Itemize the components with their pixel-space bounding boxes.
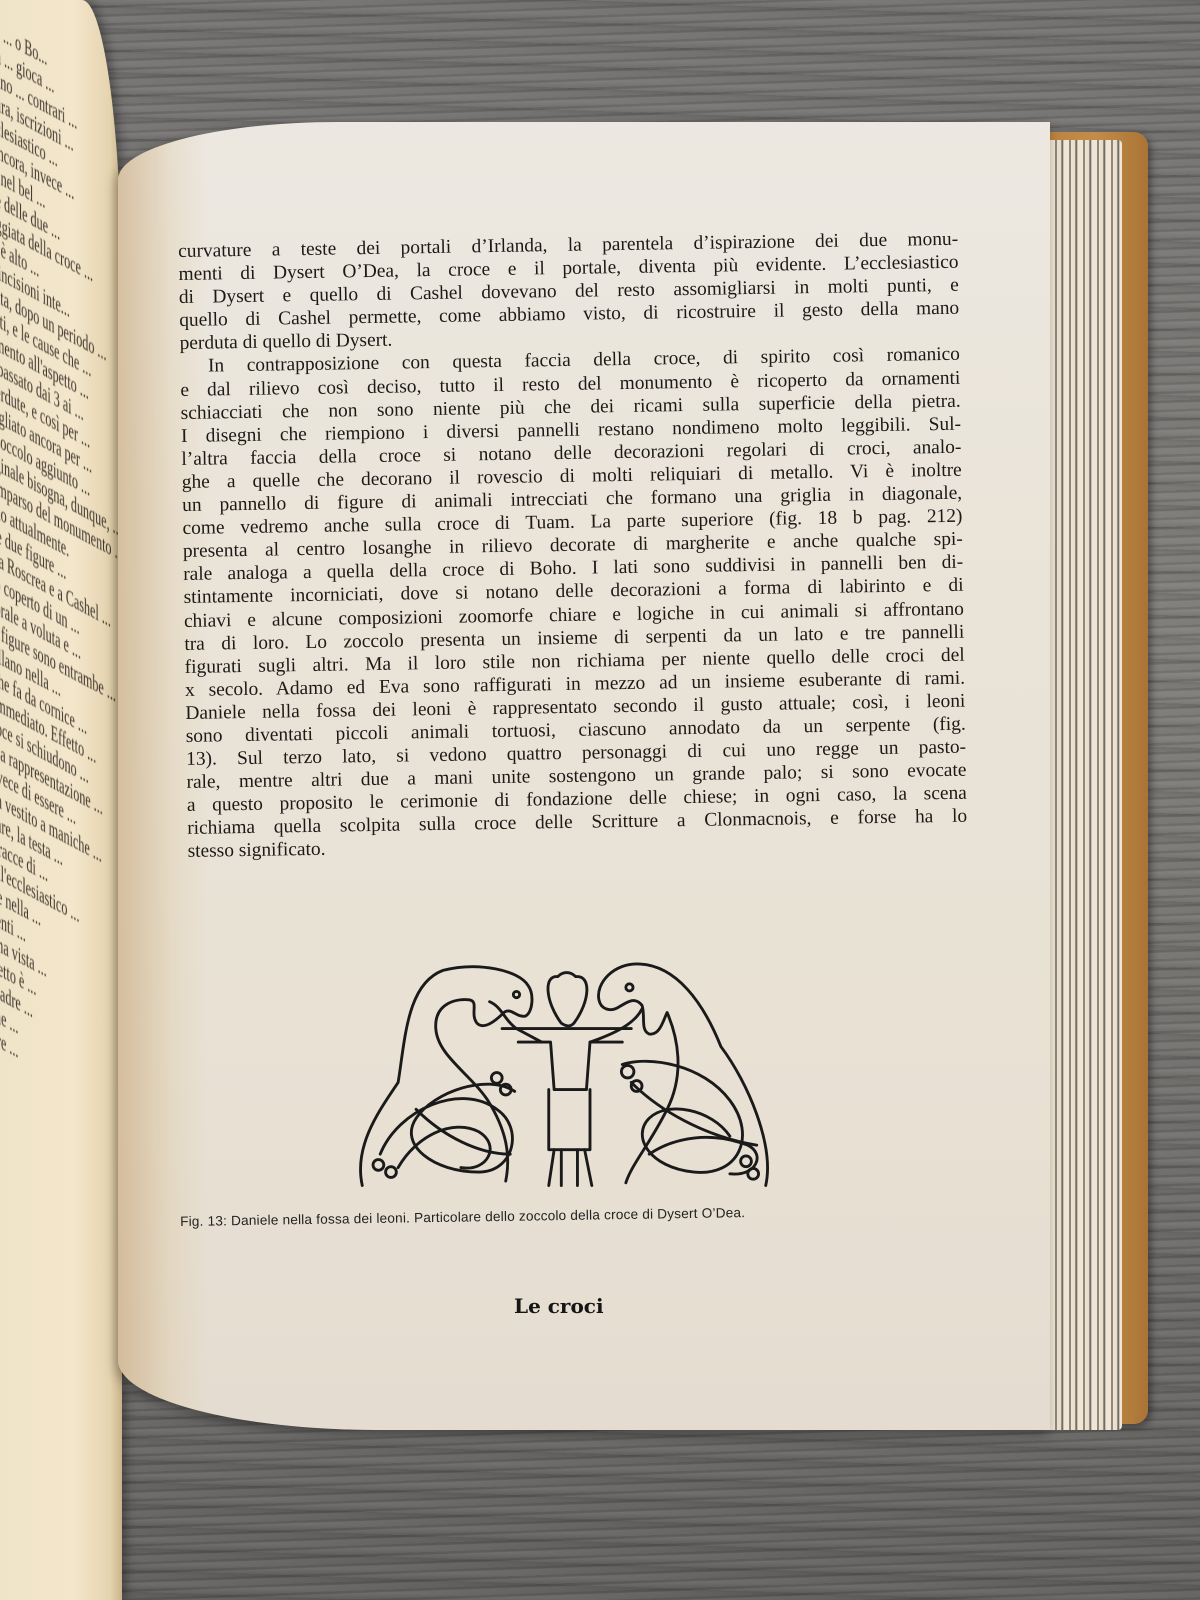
running-footer: Le croci	[514, 1294, 604, 1318]
paragraph: In contrapposizione con questa faccia de…	[180, 343, 968, 863]
right-page: curvature a teste dei portali d’Irlanda,…	[118, 122, 1050, 1430]
left-page-text: ... fosse, ... o Bo...... cavità ... gio…	[0, 0, 70, 1090]
body-text: curvature a teste dei portali d’Irlanda,…	[178, 228, 968, 864]
figure-caption: Fig. 13: Daniele nella fossa dei leoni. …	[180, 1203, 880, 1229]
left-page: ... fosse, ... o Bo...... cavità ... gio…	[0, 0, 122, 1600]
paragraph: curvature a teste dei portali d’Irlanda,…	[178, 228, 960, 356]
figure-13-illustration	[314, 930, 814, 1190]
daniel-lions-drawing-icon	[314, 930, 814, 1190]
caption-text: Daniele nella fossa dei leoni. Particola…	[231, 1205, 745, 1228]
caption-label: Fig. 13:	[180, 1213, 227, 1229]
